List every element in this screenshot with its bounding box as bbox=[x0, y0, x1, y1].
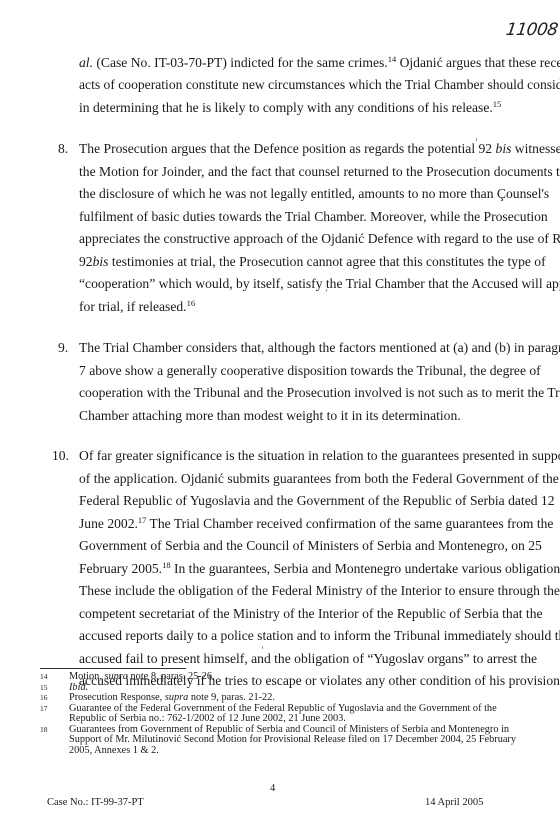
footnote-ref: 16 bbox=[187, 298, 196, 308]
footnote-number: 17 bbox=[40, 704, 48, 714]
text-line: cooperation with the Tribunal and the Pr… bbox=[79, 385, 482, 401]
case-number: Case No.: IT-99-37-PT bbox=[47, 797, 144, 808]
text-line: The Prosecution argues that the Defence … bbox=[79, 141, 482, 157]
footnote-text: Ibid. bbox=[69, 683, 480, 693]
paragraph-number: 10. bbox=[52, 448, 69, 464]
text-line: fulfilment of basic duties towards the T… bbox=[79, 209, 482, 225]
scan-speck bbox=[476, 138, 477, 141]
text-line: The Trial Chamber considers that, althou… bbox=[79, 340, 482, 356]
text-line: 92bis testimonies at trial, the Prosecut… bbox=[79, 254, 482, 270]
italic-term: bis bbox=[496, 141, 512, 156]
footnote-text: Guarantees from Government of Republic o… bbox=[69, 725, 480, 735]
text-line: competent secretariat of the Ministry of… bbox=[79, 606, 482, 622]
text-line: accused reports daily to a police statio… bbox=[79, 628, 482, 644]
page-number: 4 bbox=[270, 783, 275, 794]
footnote-number: 16 bbox=[40, 693, 48, 703]
footnote-ref: 18 bbox=[162, 560, 171, 570]
text-line: al. (Case No. IT-03-70-PT) indicted for … bbox=[79, 55, 482, 71]
footnote-text: Support of Mr. Milutinović Second Motion… bbox=[69, 735, 480, 745]
footnote-number: 18 bbox=[40, 725, 48, 735]
text-line: Federal Republic of Yugoslavia and the G… bbox=[79, 493, 482, 509]
text-line: 7 above show a generally cooperative dis… bbox=[79, 363, 482, 379]
text-line: Of far greater significance is the situa… bbox=[79, 448, 482, 464]
footnote-ref: 15 bbox=[493, 99, 502, 109]
footnote-ref: 17 bbox=[138, 515, 147, 525]
italic-term: al. bbox=[79, 55, 93, 70]
footnote-text: Republic of Serbia no.: 762-1/2002 of 12… bbox=[69, 714, 480, 724]
text-line: for trial, if released.16 bbox=[79, 299, 482, 315]
footnote-number: 14 bbox=[40, 672, 48, 682]
text-line: June 2002.17 The Trial Chamber received … bbox=[79, 516, 482, 532]
text-line: February 2005.18 In the guarantees, Serb… bbox=[79, 561, 482, 577]
scan-speck bbox=[262, 646, 263, 649]
paragraph-number: 8. bbox=[58, 141, 68, 157]
text-line: of the application. Ojdanić submits guar… bbox=[79, 471, 482, 487]
footnote-number: 15 bbox=[40, 683, 48, 693]
document-date: 14 April 2005 bbox=[425, 797, 483, 808]
italic-term: bis bbox=[93, 254, 109, 269]
text-line: in determining that he is likely to comp… bbox=[79, 100, 482, 116]
paragraph-number: 9. bbox=[58, 340, 68, 356]
footnote-text: 2005, Annexes 1 & 2. bbox=[69, 746, 480, 756]
text-line: the disclosure of which he was not legal… bbox=[79, 186, 482, 202]
text-line: acts of cooperation constitute new circu… bbox=[79, 77, 482, 93]
text-line: the Motion for Joinder, and the fact tha… bbox=[79, 164, 482, 180]
text-line: “cooperation” which would, by itself, sa… bbox=[79, 276, 482, 292]
footnote-text: Guarantee of the Federal Government of t… bbox=[69, 704, 480, 714]
text-line: Government of Serbia and the Council of … bbox=[79, 538, 482, 554]
text-line: These include the obligation of the Fede… bbox=[79, 583, 482, 599]
italic-term: supra bbox=[165, 692, 188, 703]
italic-term: Ibid. bbox=[69, 682, 88, 693]
text-line: accused fail to present himself, and the… bbox=[79, 651, 482, 667]
italic-term: supra bbox=[104, 671, 127, 682]
text-line: appreciates the constructive approach of… bbox=[79, 231, 482, 247]
footnote-text: Motion, supra note 8, paras. 25-26. bbox=[69, 672, 480, 682]
text-line: Chamber attaching more than modest weigh… bbox=[79, 408, 482, 424]
footnote-text: Prosecution Response, supra note 9, para… bbox=[69, 693, 480, 703]
footnote-rule bbox=[40, 668, 186, 669]
handwritten-page-number: 11008 bbox=[505, 20, 559, 40]
footnote-ref: 14 bbox=[388, 54, 397, 64]
